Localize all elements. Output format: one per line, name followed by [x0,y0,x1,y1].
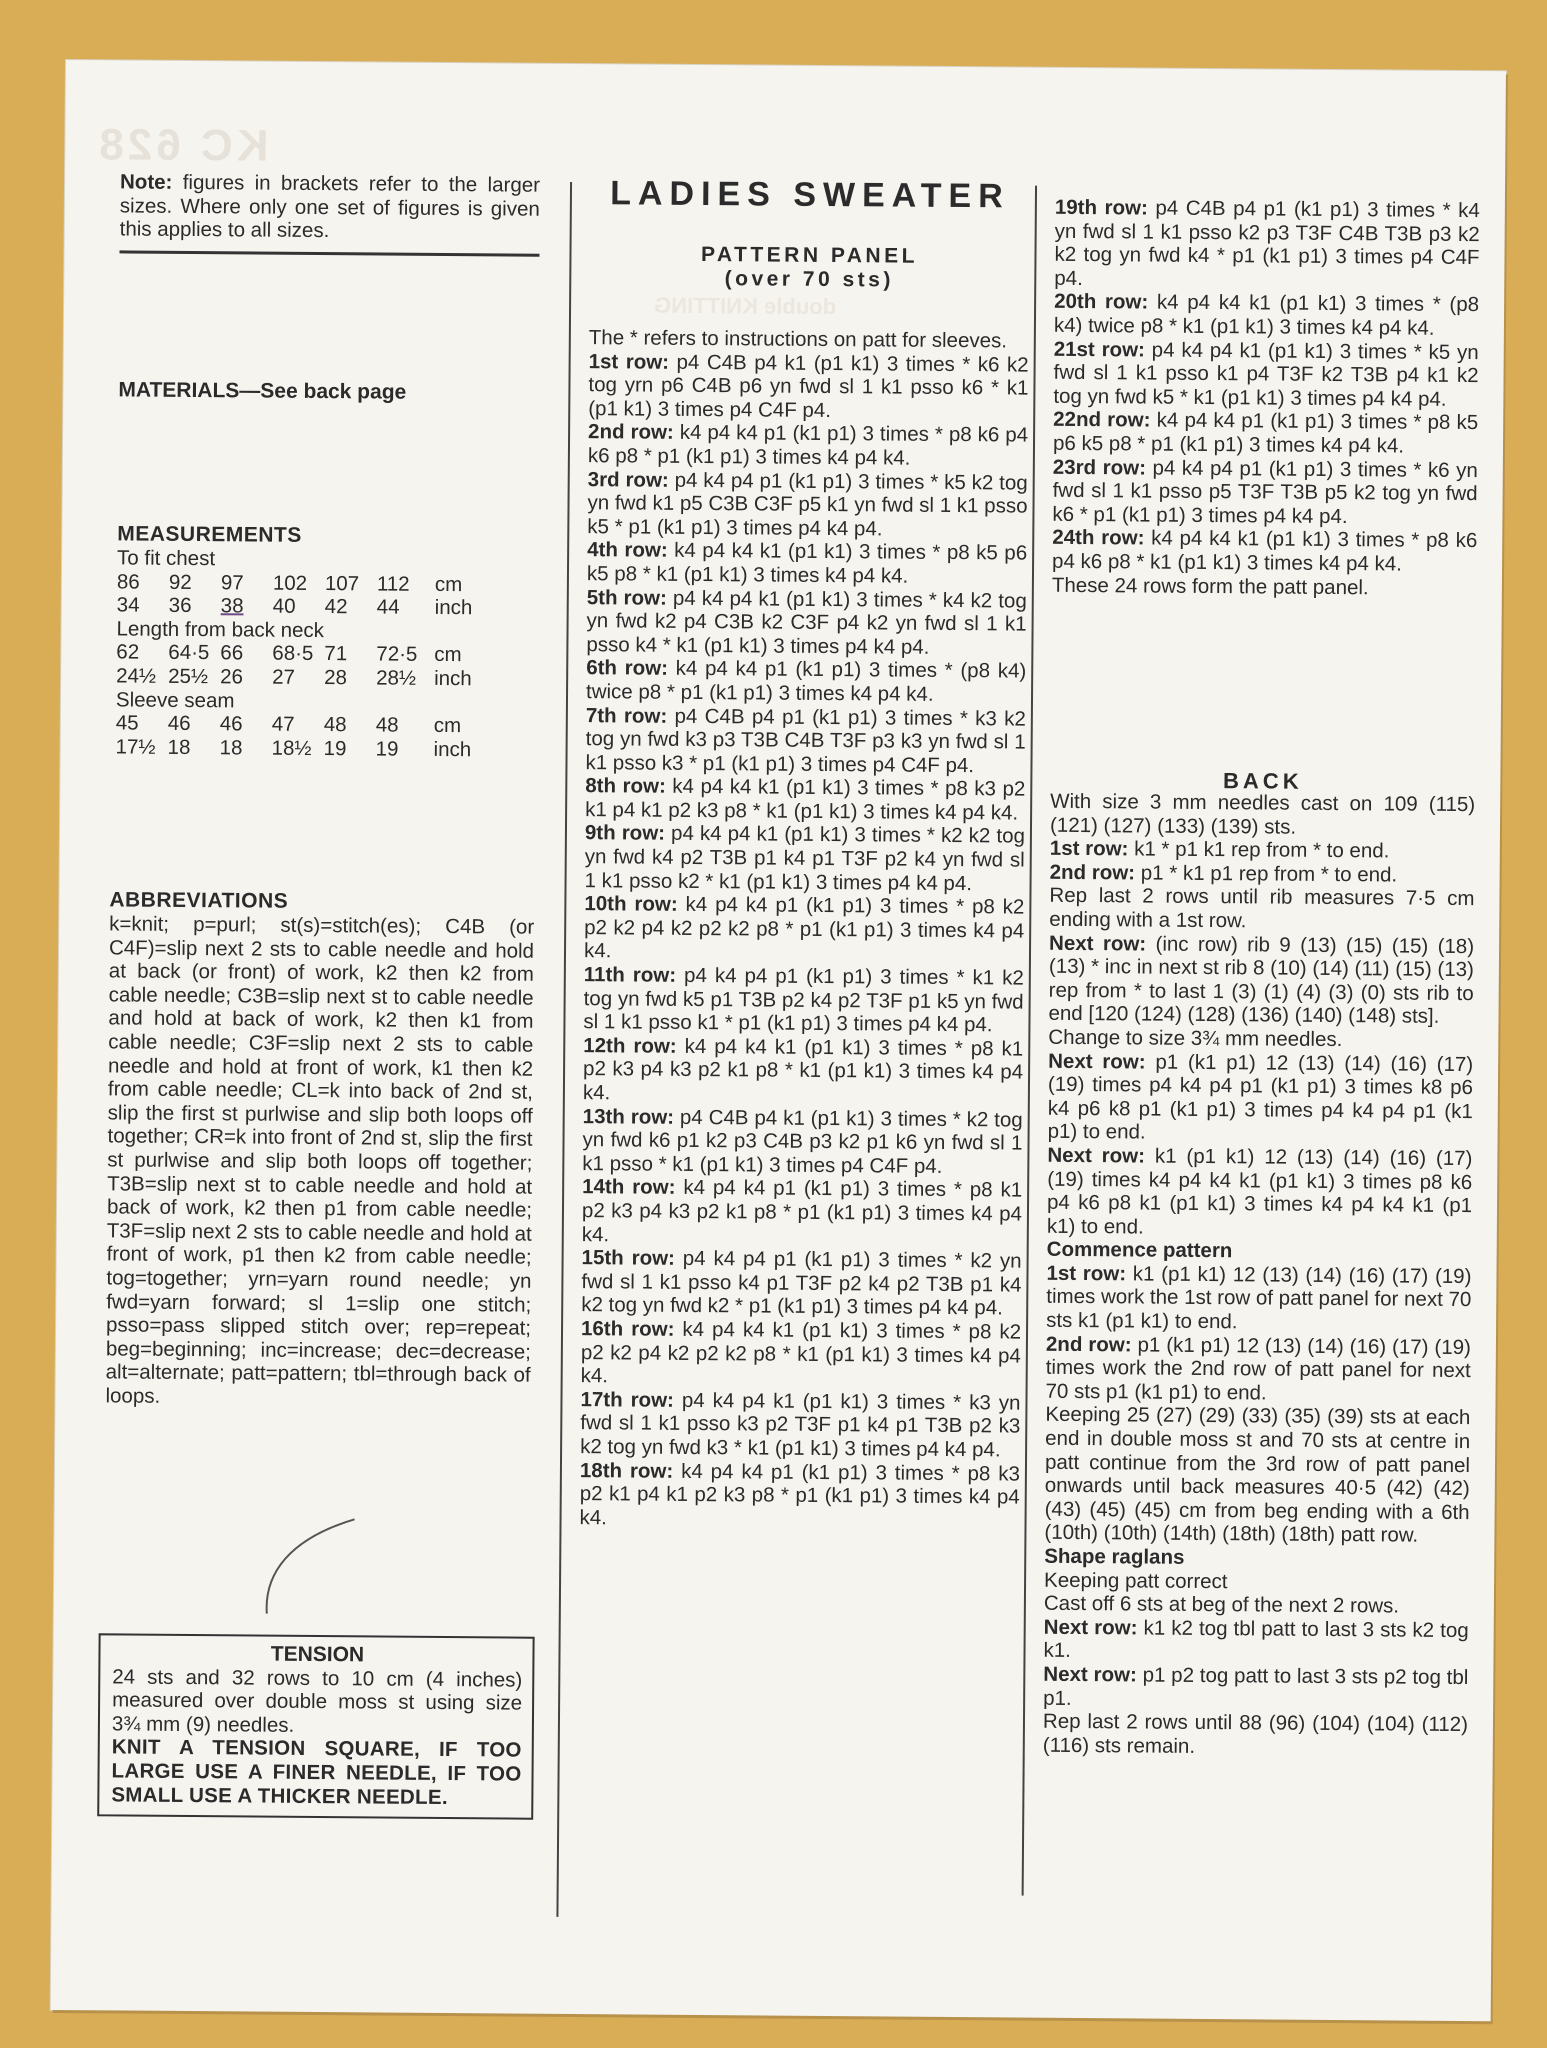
pattern-row: 18th row: k4 p4 k4 p1 (k1 p1) 3 times * … [579,1459,1020,1533]
measurement-value: 27 [272,666,324,690]
measurement-value: 28½ [376,666,428,690]
back-section: With size 3 mm needles cast on 109 (115)… [1043,790,1476,1761]
measurement-value: 46 [168,712,220,736]
measurement-value: 46 [220,712,272,736]
row-label: Shape raglans [1044,1545,1184,1569]
pattern-row: 10th row: k4 p4 k4 p1 (k1 p1) 3 times * … [584,892,1025,966]
measurements-section: MEASUREMENTS To fit chest869297102107112… [116,522,548,762]
measurement-value: 64·5 [168,641,220,665]
back-subheading: Commence pattern [1047,1238,1472,1265]
row-label: 1st row: [1050,837,1129,861]
back-paragraph: Keeping 25 (27) (29) (33) (35) (39) sts … [1044,1403,1470,1548]
row-text: With size 3 mm needles cast on 109 (115)… [1050,790,1475,839]
measurement-row: 869297102107112cm [117,570,547,597]
measurement-value: 18½ [272,736,324,760]
measurement-unit: cm [434,714,462,738]
back-instructions: With size 3 mm needles cast on 109 (115)… [1043,790,1476,1761]
row-label: Next row: [1044,1616,1138,1640]
measurement-label: To fit chest [117,546,547,573]
pattern-closing: These 24 rows form the patt panel. [1052,573,1477,600]
pattern-row: 1st row: p4 C4B p4 k1 (p1 k1) 3 times * … [588,350,1029,424]
row-label: Next row: [1047,1144,1145,1168]
measurement-unit: inch [435,596,473,620]
measurement-value: 28 [324,666,376,690]
row-label: 22nd row: [1053,408,1150,432]
row-label: 2nd row: [588,420,674,444]
row-text: Rep last 2 rows until rib measures 7·5 c… [1049,884,1474,932]
pattern-panel-rows: The * refers to instructions on patt for… [579,326,1028,1533]
measurement-value: 24½ [116,664,168,688]
pattern-row: 7th row: p4 C4B p4 p1 (k1 p1) 3 times * … [585,704,1026,778]
pattern-row: 21st row: p4 k4 p4 k1 (p1 k1) 3 times * … [1053,337,1479,411]
size-note: Note: figures in brackets refer to the l… [120,170,541,244]
row-label: 23rd row: [1053,455,1146,479]
row-label: 20th row: [1054,290,1148,314]
measurement-value: 18 [220,736,272,760]
measurement-value: 72·5 [376,643,428,667]
note-text: figures in brackets refer to the larger … [120,171,541,242]
back-paragraph: Next row: k1 k2 tog tbl patt to last 3 s… [1043,1616,1468,1667]
note-divider [119,250,539,256]
measurement-value: 19 [376,737,428,761]
measurement-value: 42 [325,595,377,619]
materials-heading: MATERIALS—See back page [118,378,406,404]
row-text: Keeping 25 (27) (29) (33) (35) (39) sts … [1044,1403,1470,1547]
pattern-row: 8th row: k4 p4 k4 k1 (p1 k1) 3 times * p… [585,774,1025,825]
pattern-intro: The * refers to instructions on patt for… [589,326,1029,353]
back-paragraph: Next row: k1 (p1 k1) 12 (13) (14) (16) (… [1047,1144,1473,1242]
pattern-row: 23rd row: p4 k4 p4 p1 (k1 p1) 3 times * … [1052,455,1478,529]
pattern-row: 17th row: p4 k4 p4 k1 (p1 k1) 3 times * … [580,1388,1021,1462]
abbreviations-section: ABBREVIATIONS k=knit; p=purl; st(s)=stit… [105,888,534,1411]
row-label: 19th row: [1055,196,1148,220]
measurement-value: 112 [377,572,429,596]
row-text: Rep last 2 rows until 88 (96) (104) (104… [1043,1710,1468,1758]
row-label: 3rd row: [588,468,669,492]
show-through-text: KC 628 [95,120,269,171]
row-label: 21st row: [1054,337,1145,361]
row-label: Next row: [1049,931,1146,955]
measurement-value: 40 [273,595,325,619]
back-paragraph: 2nd row: p1 (k1 p1) 12 (13) (14) (16) (1… [1045,1332,1471,1406]
pattern-row: 11th row: p4 k4 p4 p1 (k1 p1) 3 times * … [583,963,1024,1037]
row-label: 5th row: [587,586,667,610]
pattern-row: 2nd row: k4 p4 k4 p1 (k1 p1) 3 times * p… [588,420,1028,471]
row-label: 14th row: [582,1175,676,1199]
row-label: 1st row: [589,350,670,374]
pattern-panel-title: PATTERN PANEL [589,242,1029,269]
page-title: LADIES SWEATER [590,174,1030,215]
pattern-panel-rows-continued: 19th row: p4 C4B p4 p1 (k1 p1) 3 times *… [1052,196,1480,600]
pattern-row: 9th row: p4 k4 p4 k1 (p1 k1) 3 times * k… [584,822,1025,896]
measurement-value: 48 [324,713,376,737]
pattern-row: 24th row: k4 p4 k4 k1 (p1 k1) 3 times * … [1052,526,1477,577]
row-label: 9th row: [585,822,665,846]
row-label: 1st row: [1046,1262,1126,1286]
back-paragraph: 2nd row: p1 * k1 p1 rep from * to end. [1050,861,1475,888]
pattern-row: 20th row: k4 p4 k4 k1 (p1 k1) 3 times * … [1054,290,1479,341]
back-paragraph: Rep last 2 rows until 88 (96) (104) (104… [1043,1710,1468,1761]
row-text: k1 * p1 k1 rep from * to end. [1128,838,1389,863]
measurement-unit: inch [434,738,472,762]
measurement-value: 71 [324,642,376,666]
pattern-page: KC 628 double KNITTING Note: figures in … [51,60,1506,2021]
measurement-label: Sleeve seam [116,688,546,715]
pen-mark-icon [259,1514,360,1625]
measurement-value: 47 [272,713,324,737]
row-label: 16th row: [581,1317,675,1341]
row-label: 2nd row: [1050,861,1136,885]
measurement-row: 17½181818½1919inch [116,735,546,762]
measurement-value: 17½ [116,735,168,759]
measurement-unit: cm [434,643,462,667]
pattern-row: 13th row: p4 C4B p4 k1 (p1 k1) 3 times *… [582,1105,1023,1179]
tension-box: TENSION 24 sts and 32 rows to 10 cm (4 i… [97,1633,534,1820]
back-paragraph: Keeping patt correct [1044,1568,1469,1595]
pattern-row: 14th row: k4 p4 k4 p1 (k1 p1) 3 times * … [582,1175,1023,1249]
row-label: Commence pattern [1047,1238,1233,1262]
measurement-value: 66 [220,642,272,666]
row-label: 2nd row: [1046,1332,1132,1356]
pattern-row: 4th row: k4 p4 k4 k1 (p1 k1) 3 times * p… [587,538,1027,589]
row-label: 7th row: [586,704,668,728]
pattern-row: 3rd row: p4 k4 p4 p1 (k1 p1) 3 times * k… [587,468,1028,542]
measurement-value: 48 [376,714,428,738]
measurement-value: 26 [220,665,272,689]
measurements-table: To fit chest869297102107112cm34363840424… [116,546,548,762]
row-label: Next row: [1048,1049,1146,1073]
row-text: Keeping patt correct [1044,1568,1228,1592]
back-paragraph: 1st row: k1 (p1 k1) 12 (13) (14) (16) (1… [1046,1262,1472,1336]
left-column: Note: figures in brackets refer to the l… [121,60,556,63]
measurement-row: 6264·56668·57172·5cm [116,641,546,668]
back-paragraph: Rep last 2 rows until rib measures 7·5 c… [1049,884,1474,935]
pattern-row: 16th row: k4 p4 k4 k1 (p1 k1) 3 times * … [581,1317,1022,1391]
back-paragraph: Next row: p1 (k1 p1) 12 (13) (14) (16) (… [1048,1049,1474,1147]
row-label: Next row: [1043,1663,1137,1687]
back-paragraph: 1st row: k1 * p1 k1 rep from * to end. [1050,837,1475,864]
abbreviations-text: k=knit; p=purl; st(s)=stitch(es); C4B (o… [105,912,534,1411]
measurement-row: 454646474848cm [116,712,546,739]
note-label: Note: [120,170,173,193]
measurement-value: 86 [117,570,169,594]
measurement-value: 97 [221,571,273,595]
row-label: 8th row: [585,774,666,798]
back-paragraph: Next row: (inc row) rib 9 (13) (15) (15)… [1048,931,1474,1029]
pattern-rows-19-24: 19th row: p4 C4B p4 p1 (k1 p1) 3 times *… [1052,196,1480,577]
pattern-row: 15th row: p4 k4 p4 p1 (k1 p1) 3 times * … [581,1246,1022,1320]
measurement-value: 25½ [168,665,220,689]
row-label: 4th row: [587,538,668,562]
pattern-row: 5th row: p4 k4 p4 k1 (p1 k1) 3 times * k… [586,586,1027,660]
measurement-unit: inch [434,667,472,691]
row-text: Change to size 3¾ mm needles. [1048,1026,1342,1051]
row-label: 10th row: [584,892,678,916]
measurement-value: 19 [324,737,376,761]
measurement-value: 44 [377,596,429,620]
show-through-text-2: double KNITTING [654,293,836,320]
tension-heading: TENSION [112,1641,522,1668]
measurement-row: 343638404244inch [117,594,547,621]
pattern-row: 6th row: k4 p4 k4 p1 (k1 p1) 3 times * (… [586,656,1026,707]
measurement-label: Length from back neck [116,617,546,644]
measurement-value: 45 [116,712,168,736]
pattern-row: 19th row: p4 C4B p4 p1 (k1 p1) 3 times *… [1054,196,1480,294]
measurement-value: 18 [168,736,220,760]
row-label: 6th row: [586,656,668,680]
measurement-value: 68·5 [272,642,324,666]
pattern-row: 12th row: k4 p4 k4 k1 (p1 k1) 3 times * … [583,1034,1024,1108]
pattern-panel-subtitle: (over 70 sts) [589,266,1029,293]
back-paragraph: Change to size 3¾ mm needles. [1048,1026,1473,1053]
row-label: 11th row: [584,963,676,987]
back-paragraph: With size 3 mm needles cast on 109 (115)… [1050,790,1475,841]
tension-text: 24 sts and 32 rows to 10 cm (4 inches) m… [112,1665,523,1739]
tension-warning: KNIT A TENSION SQUARE, IF TOO LARGE USE … [111,1736,522,1810]
row-label: 17th row: [580,1388,674,1412]
measurement-value: 102 [273,571,325,595]
pattern-panel-heading: PATTERN PANEL (over 70 sts) [589,242,1029,293]
measurements-heading: MEASUREMENTS [117,522,547,549]
back-paragraph: Next row: p1 p2 tog patt to last 3 sts p… [1043,1663,1468,1714]
row-label: 24th row: [1052,526,1144,550]
measurement-value: 36 [169,594,221,618]
column-divider [556,182,571,1917]
measurement-unit: cm [435,573,463,597]
measurement-value: 92 [169,570,221,594]
back-paragraph: Cast off 6 sts at beg of the next 2 rows… [1044,1592,1469,1619]
measurement-value: 62 [116,641,168,665]
row-label: 12th row: [583,1034,677,1058]
measurement-row: 24½25½26272828½inch [116,664,546,691]
row-text: p1 * k1 p1 rep from * to end. [1135,861,1397,886]
measurement-value: 38 [221,594,273,618]
measurement-value: 34 [117,594,169,618]
measurement-value: 107 [325,572,377,596]
right-column: 19th row: p4 C4B p4 p1 (k1 p1) 3 times *… [1056,68,1481,71]
row-text: Cast off 6 sts at beg of the next 2 rows… [1044,1592,1399,1618]
abbreviations-heading: ABBREVIATIONS [109,888,534,915]
back-subheading: Shape raglans [1044,1545,1469,1572]
row-label: 18th row: [580,1459,674,1483]
row-label: 13th row: [583,1105,675,1129]
pattern-row: 22nd row: k4 p4 k4 p1 (k1 p1) 3 times * … [1053,408,1478,459]
row-label: 15th row: [582,1246,676,1270]
pattern-rows-1-18: 1st row: p4 C4B p4 k1 (p1 k1) 3 times * … [579,350,1028,1533]
middle-column: LADIES SWEATER PATTERN PANEL (over 70 st… [591,64,1031,67]
